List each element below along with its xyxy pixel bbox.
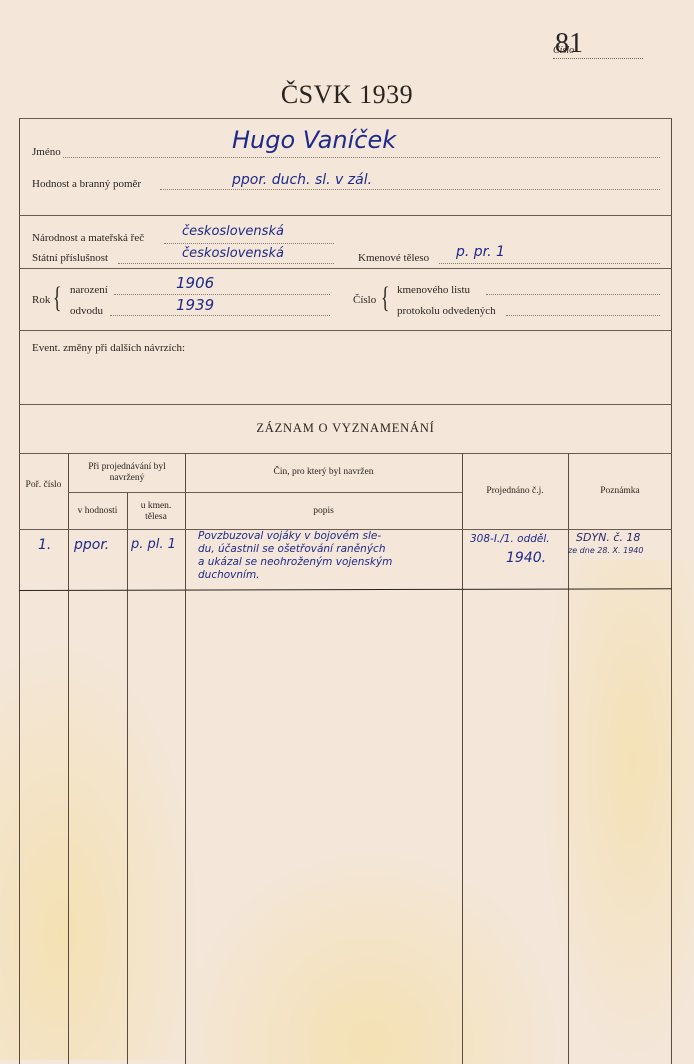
- roster-line: [486, 294, 660, 295]
- changes-label: Event. změny při dalších návrzích:: [32, 342, 185, 354]
- divider: [19, 330, 672, 331]
- description-line: Povzbuzoval vojáky v bojovém sle-: [198, 530, 462, 543]
- divider: [185, 492, 462, 493]
- divider: [19, 215, 672, 216]
- number-label: Číslo: [353, 294, 376, 306]
- name-value: Hugo Vaníček: [232, 126, 396, 154]
- document-title: ČSVK 1939: [0, 80, 694, 110]
- column-divider: [127, 492, 128, 1064]
- column-header-deed: Čin, pro který byl navržen: [185, 467, 462, 478]
- nationality-line: [164, 243, 334, 244]
- birth-label: narození: [70, 284, 108, 296]
- row-processed-ref: 308-I./1. odděl.: [470, 533, 550, 545]
- protocol-line: [506, 315, 660, 316]
- row-processed-year: 1940.: [506, 550, 546, 566]
- column-header-order: Poř. číslo: [19, 480, 68, 491]
- year-label: Rok: [32, 294, 50, 306]
- draft-value: 1939: [176, 296, 214, 314]
- nationality-value: československá: [182, 224, 284, 239]
- birth-value: 1906: [176, 274, 214, 292]
- unit-value: p. pr. 1: [456, 244, 505, 260]
- column-header-at-unit: u kmen. tělesa: [130, 501, 182, 523]
- rank-line: [160, 189, 660, 190]
- brace-icon: {: [53, 283, 62, 313]
- rank-label: Hodnost a branný poměr: [32, 178, 141, 190]
- column-header-in-rank: v hodnosti: [68, 506, 127, 517]
- divider: [68, 492, 185, 493]
- row-order: 1.: [38, 537, 51, 553]
- column-header-note: Poznámka: [568, 486, 672, 497]
- row-description: Povzbuzoval vojáky v bojovém sle- du, úč…: [198, 530, 462, 582]
- divider: [19, 404, 672, 405]
- citizenship-value: československá: [182, 246, 284, 261]
- row-note-ref: SDYN. č. 18: [576, 531, 640, 544]
- column-divider: [185, 453, 186, 1064]
- unit-line: [439, 263, 660, 264]
- roster-label: kmenového listu: [397, 284, 470, 296]
- column-divider: [68, 453, 69, 1064]
- nationality-label: Národnost a mateřská řeč: [32, 232, 144, 244]
- column-header-description: popis: [185, 506, 462, 517]
- description-line: duchovním.: [198, 569, 462, 582]
- description-line: du, účastnil se ošetřování raněných: [198, 543, 462, 556]
- citizenship-label: Státní příslušnost: [32, 252, 108, 264]
- brace-icon: {: [381, 283, 390, 313]
- form-frame: [19, 118, 672, 1064]
- draft-line: [110, 315, 330, 316]
- record-number-label: Číslo: [553, 45, 574, 59]
- protocol-label: protokolu odvedených: [397, 305, 496, 317]
- draft-label: odvodu: [70, 305, 103, 317]
- divider: [19, 453, 672, 454]
- column-header-proposed: Při projednávání byl navržený: [78, 462, 176, 484]
- birth-line: [114, 294, 330, 295]
- column-divider: [568, 453, 569, 1064]
- description-line: a ukázal se neohroženým vojenským: [198, 556, 462, 569]
- name-line: [63, 157, 660, 158]
- row-note-date: ze dne 28. X. 1940: [568, 546, 643, 555]
- citizenship-line: [118, 263, 334, 264]
- row-in-rank: ppor.: [74, 537, 109, 553]
- divider: [19, 268, 672, 269]
- column-header-processed: Projednáno č.j.: [462, 486, 568, 497]
- record-number: Číslo 81: [553, 30, 643, 59]
- unit-label: Kmenové těleso: [358, 252, 429, 264]
- awards-section-title: ZÁZNAM O VYZNAMENÁNÍ: [19, 421, 672, 436]
- rank-value: ppor. duch. sl. v zál.: [232, 172, 372, 188]
- row-at-unit: p. pl. 1: [131, 537, 176, 552]
- column-divider: [462, 453, 463, 1064]
- name-label: Jméno: [32, 146, 61, 158]
